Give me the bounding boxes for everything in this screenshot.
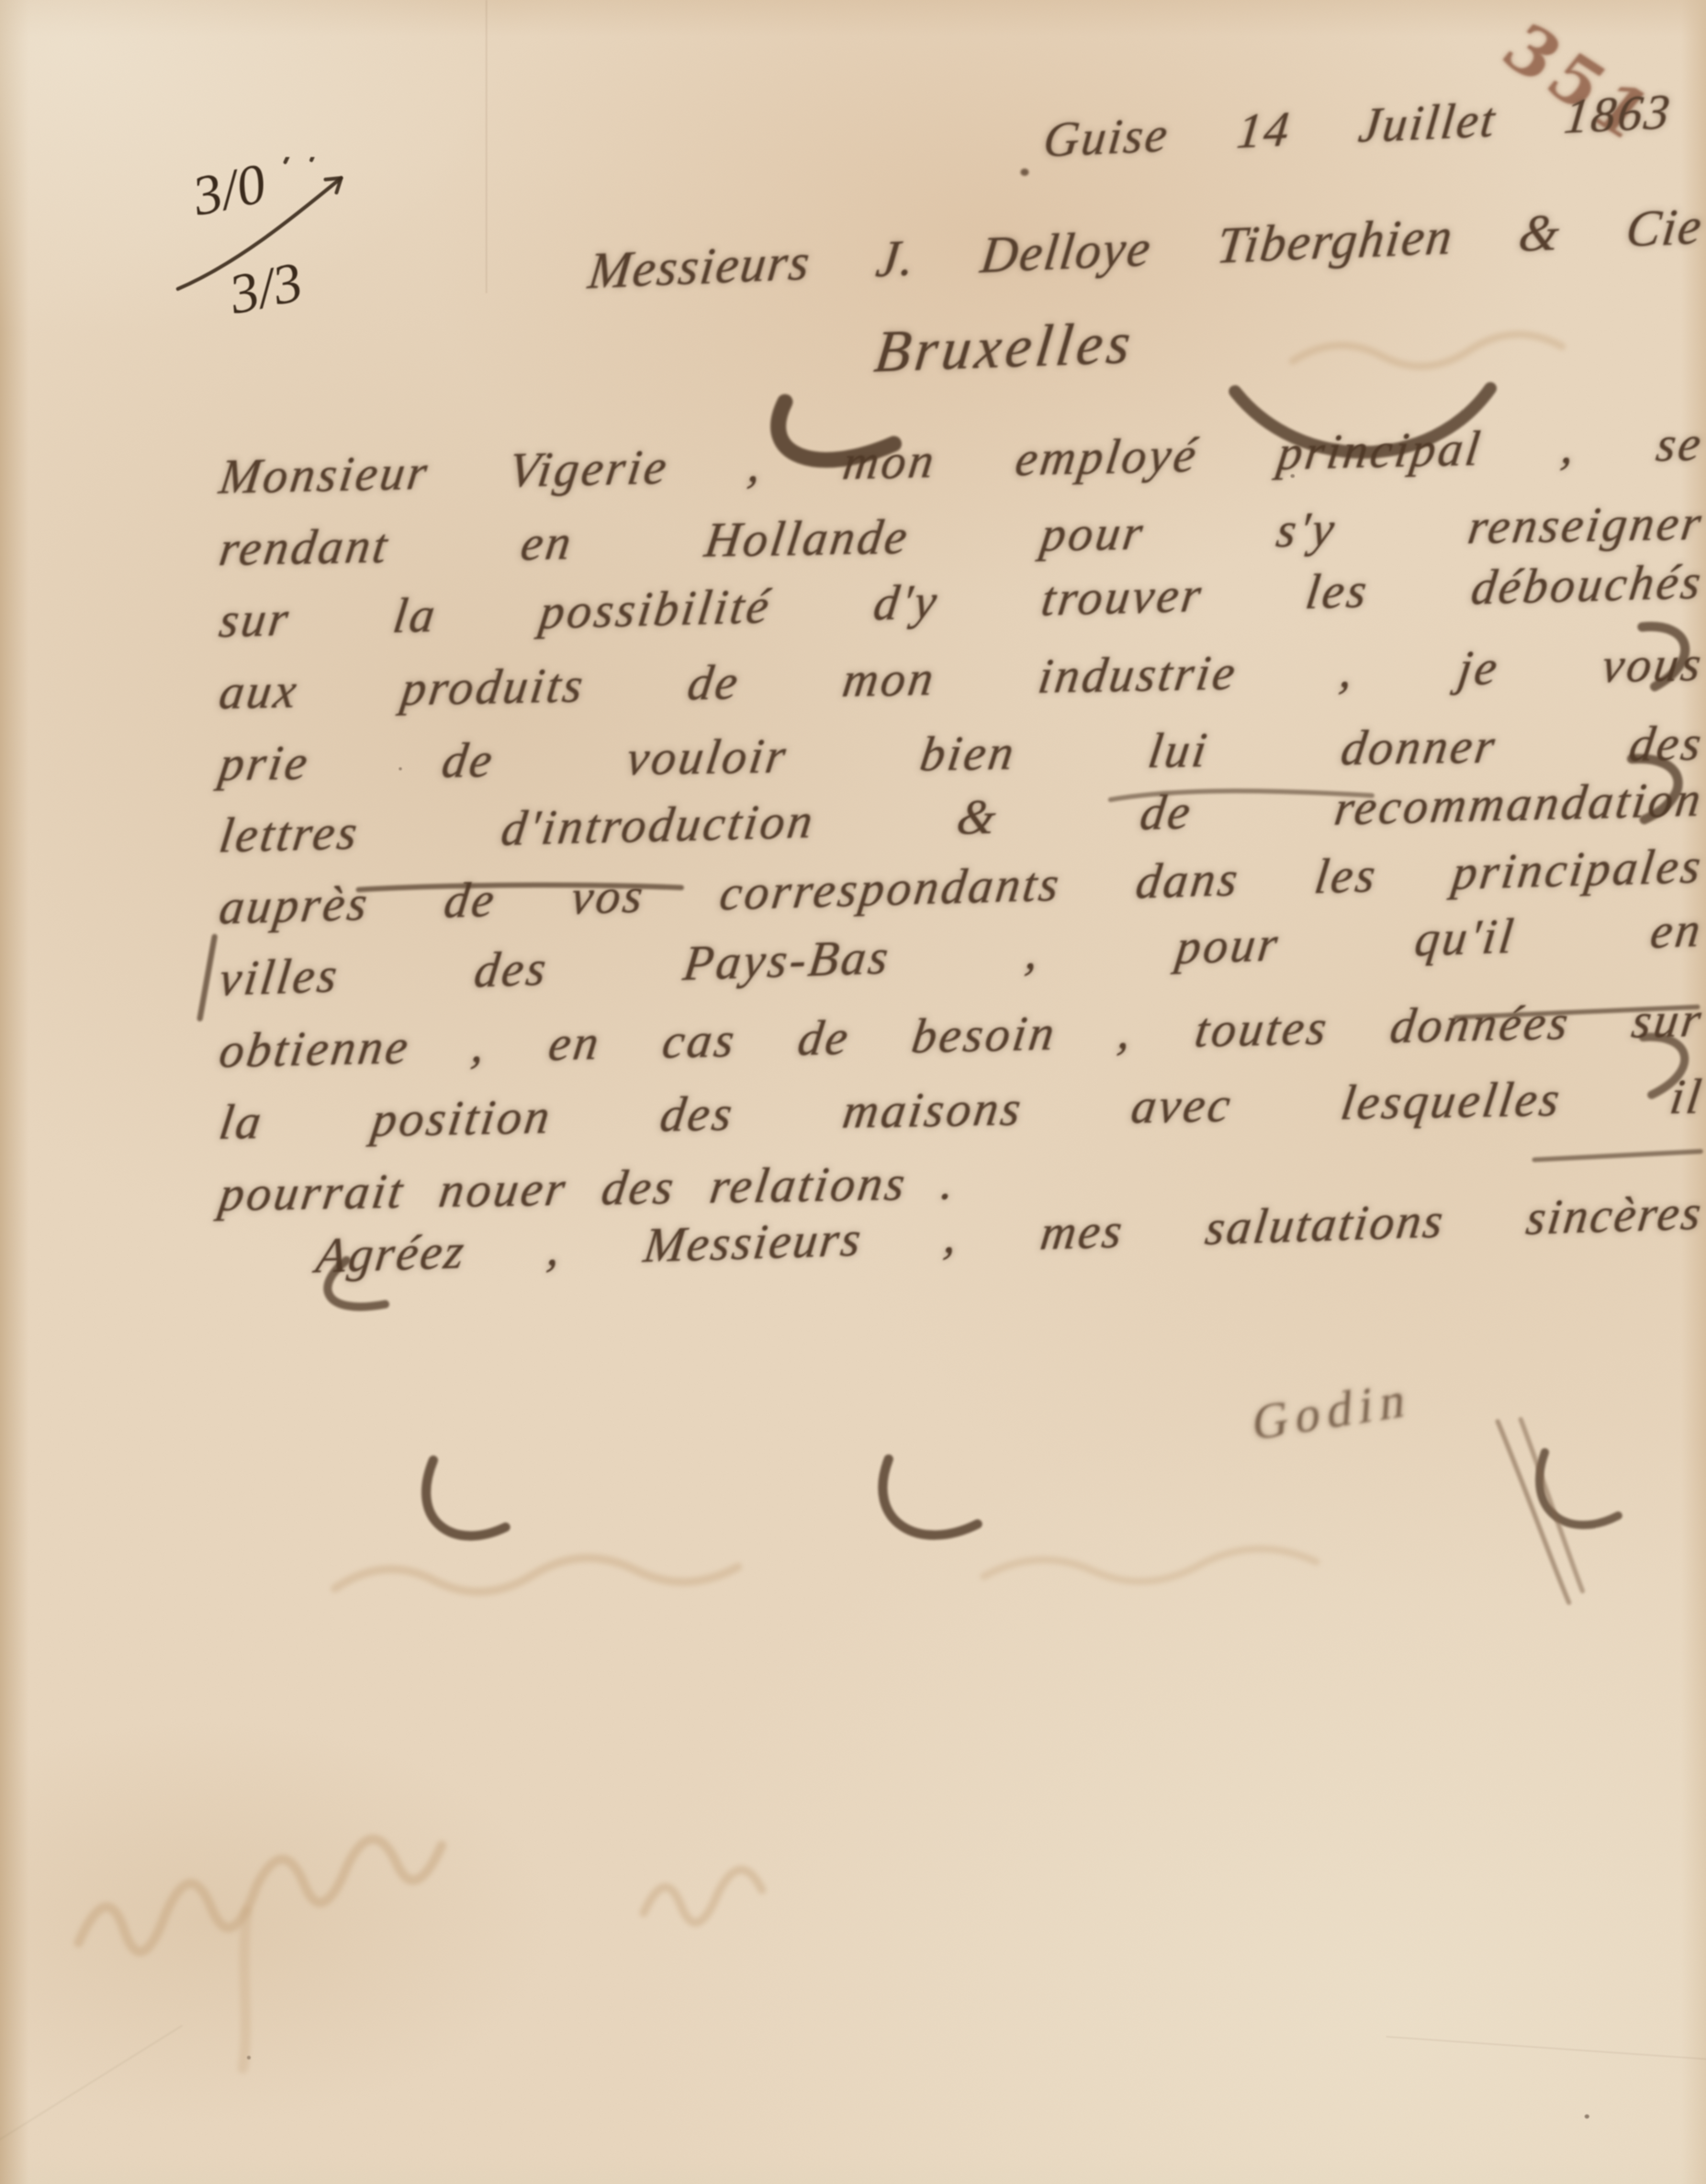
letter-body: Monsieur Vigerie , mon employé principal… <box>220 442 1703 1230</box>
salutation-descender-curl <box>426 1460 506 1536</box>
signature: Godin <box>1251 1369 1415 1453</box>
ink-speck <box>1290 474 1295 478</box>
notation-lower-number: 3/3 <box>223 250 308 326</box>
notation-tick-marks <box>285 157 318 162</box>
salutation-descender-curl <box>1540 1452 1618 1525</box>
ink-speck <box>1585 2114 1589 2119</box>
ink-dot <box>1020 169 1029 176</box>
notation-upper-number: 3/0 <box>187 157 271 228</box>
bleedthrough-stroke <box>1293 334 1562 366</box>
letter-page: 351 3/0 3/3 Guise 14 Juillet 1863 Messie… <box>0 0 1706 2184</box>
bleedthrough-stroke <box>644 1869 762 1922</box>
bleedthrough-stroke <box>335 1558 738 1592</box>
paper-crease <box>1386 2036 1706 2060</box>
salutation-descender-curl <box>883 1459 978 1535</box>
bleedthrough-streak <box>243 1911 247 2068</box>
ink-speck <box>399 767 402 770</box>
signature-descender-stroke <box>1521 1419 1582 1591</box>
leading-slash-villes <box>200 937 215 1018</box>
ink-speck <box>247 2056 251 2059</box>
bleedthrough-stroke <box>78 1839 442 1952</box>
place-date-line: Guise 14 Juillet 1863 <box>1041 83 1675 169</box>
recipient-line: Messieurs J. Delloye Tiberghien & Cie <box>585 197 1706 300</box>
paper-crease <box>486 0 487 293</box>
signature-descender-stroke <box>1498 1421 1569 1603</box>
filing-notation: 3/0 3/3 <box>157 157 377 330</box>
paper-crease <box>0 2025 183 2143</box>
bleedthrough-stroke <box>984 1549 1316 1581</box>
recipient-city: Bruxelles <box>765 306 1244 390</box>
